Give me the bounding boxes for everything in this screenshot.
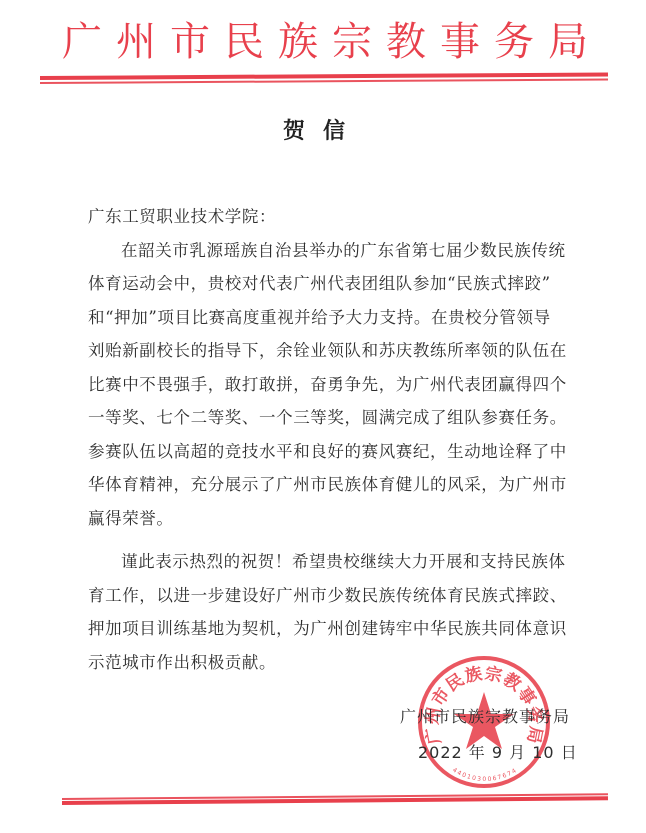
paragraph-1: 在韶关市乳源瑶族自治县举办的广东省第七届少数民族传统 体育运动会中，贵校对代表广… (88, 234, 568, 536)
signature-organization: 广州市民族宗教事务局 (400, 704, 600, 727)
paragraph-line: 参赛队伍以高超的竞技水平和良好的赛风赛纪，生动地诠释了中 (88, 435, 568, 469)
paragraph-line: 一等奖、七个二等奖、一个三等奖，圆满完成了组队参赛任务。 (88, 401, 568, 435)
paragraph-line: 谨此表示热烈的祝贺！希望贵校继续大力开展和支持民族体 (88, 545, 568, 579)
salutation: 广东工贸职业技术学院： (88, 200, 568, 234)
paragraph-line: 和“押加”项目比赛高度重视并给予大力支持。在贵校分管领导 (88, 301, 568, 335)
letter-body: 广东工贸职业技术学院： 在韶关市乳源瑶族自治县举办的广东省第七届少数民族传统 体… (88, 200, 568, 679)
paragraph-line: 育工作，以进一步建设好广州市少数民族传统体育民族式摔跤、 (88, 579, 568, 613)
document-title: 贺信 (0, 114, 646, 145)
paragraph-line: 体育运动会中，贵校对代表广州代表团组队参加“民族式摔跤” (88, 267, 568, 301)
paragraph-line: 华体育精神，充分展示了广州市民族体育健儿的风采，为广州市 (88, 468, 568, 502)
paragraph-line: 刘贻新副校长的指导下，余铨业领队和苏庆教练所率领的队伍在 (88, 334, 568, 368)
signature-date: 2022 年 9 月 10 日 (418, 740, 598, 763)
letterhead-title: 广州市民族宗教事务局 (62, 14, 582, 70)
paragraph-line: 押加项目训练基地为契机，为广州创建铸牢中华民族共同体意识 (88, 612, 568, 646)
paragraph-line: 赢得荣誉。 (88, 502, 568, 536)
paragraph-line: 比赛中不畏强手，敢打敢拼，奋勇争先，为广州代表团赢得四个 (88, 368, 568, 402)
paragraph-line: 在韶关市乳源瑶族自治县举办的广东省第七届少数民族传统 (88, 234, 568, 268)
